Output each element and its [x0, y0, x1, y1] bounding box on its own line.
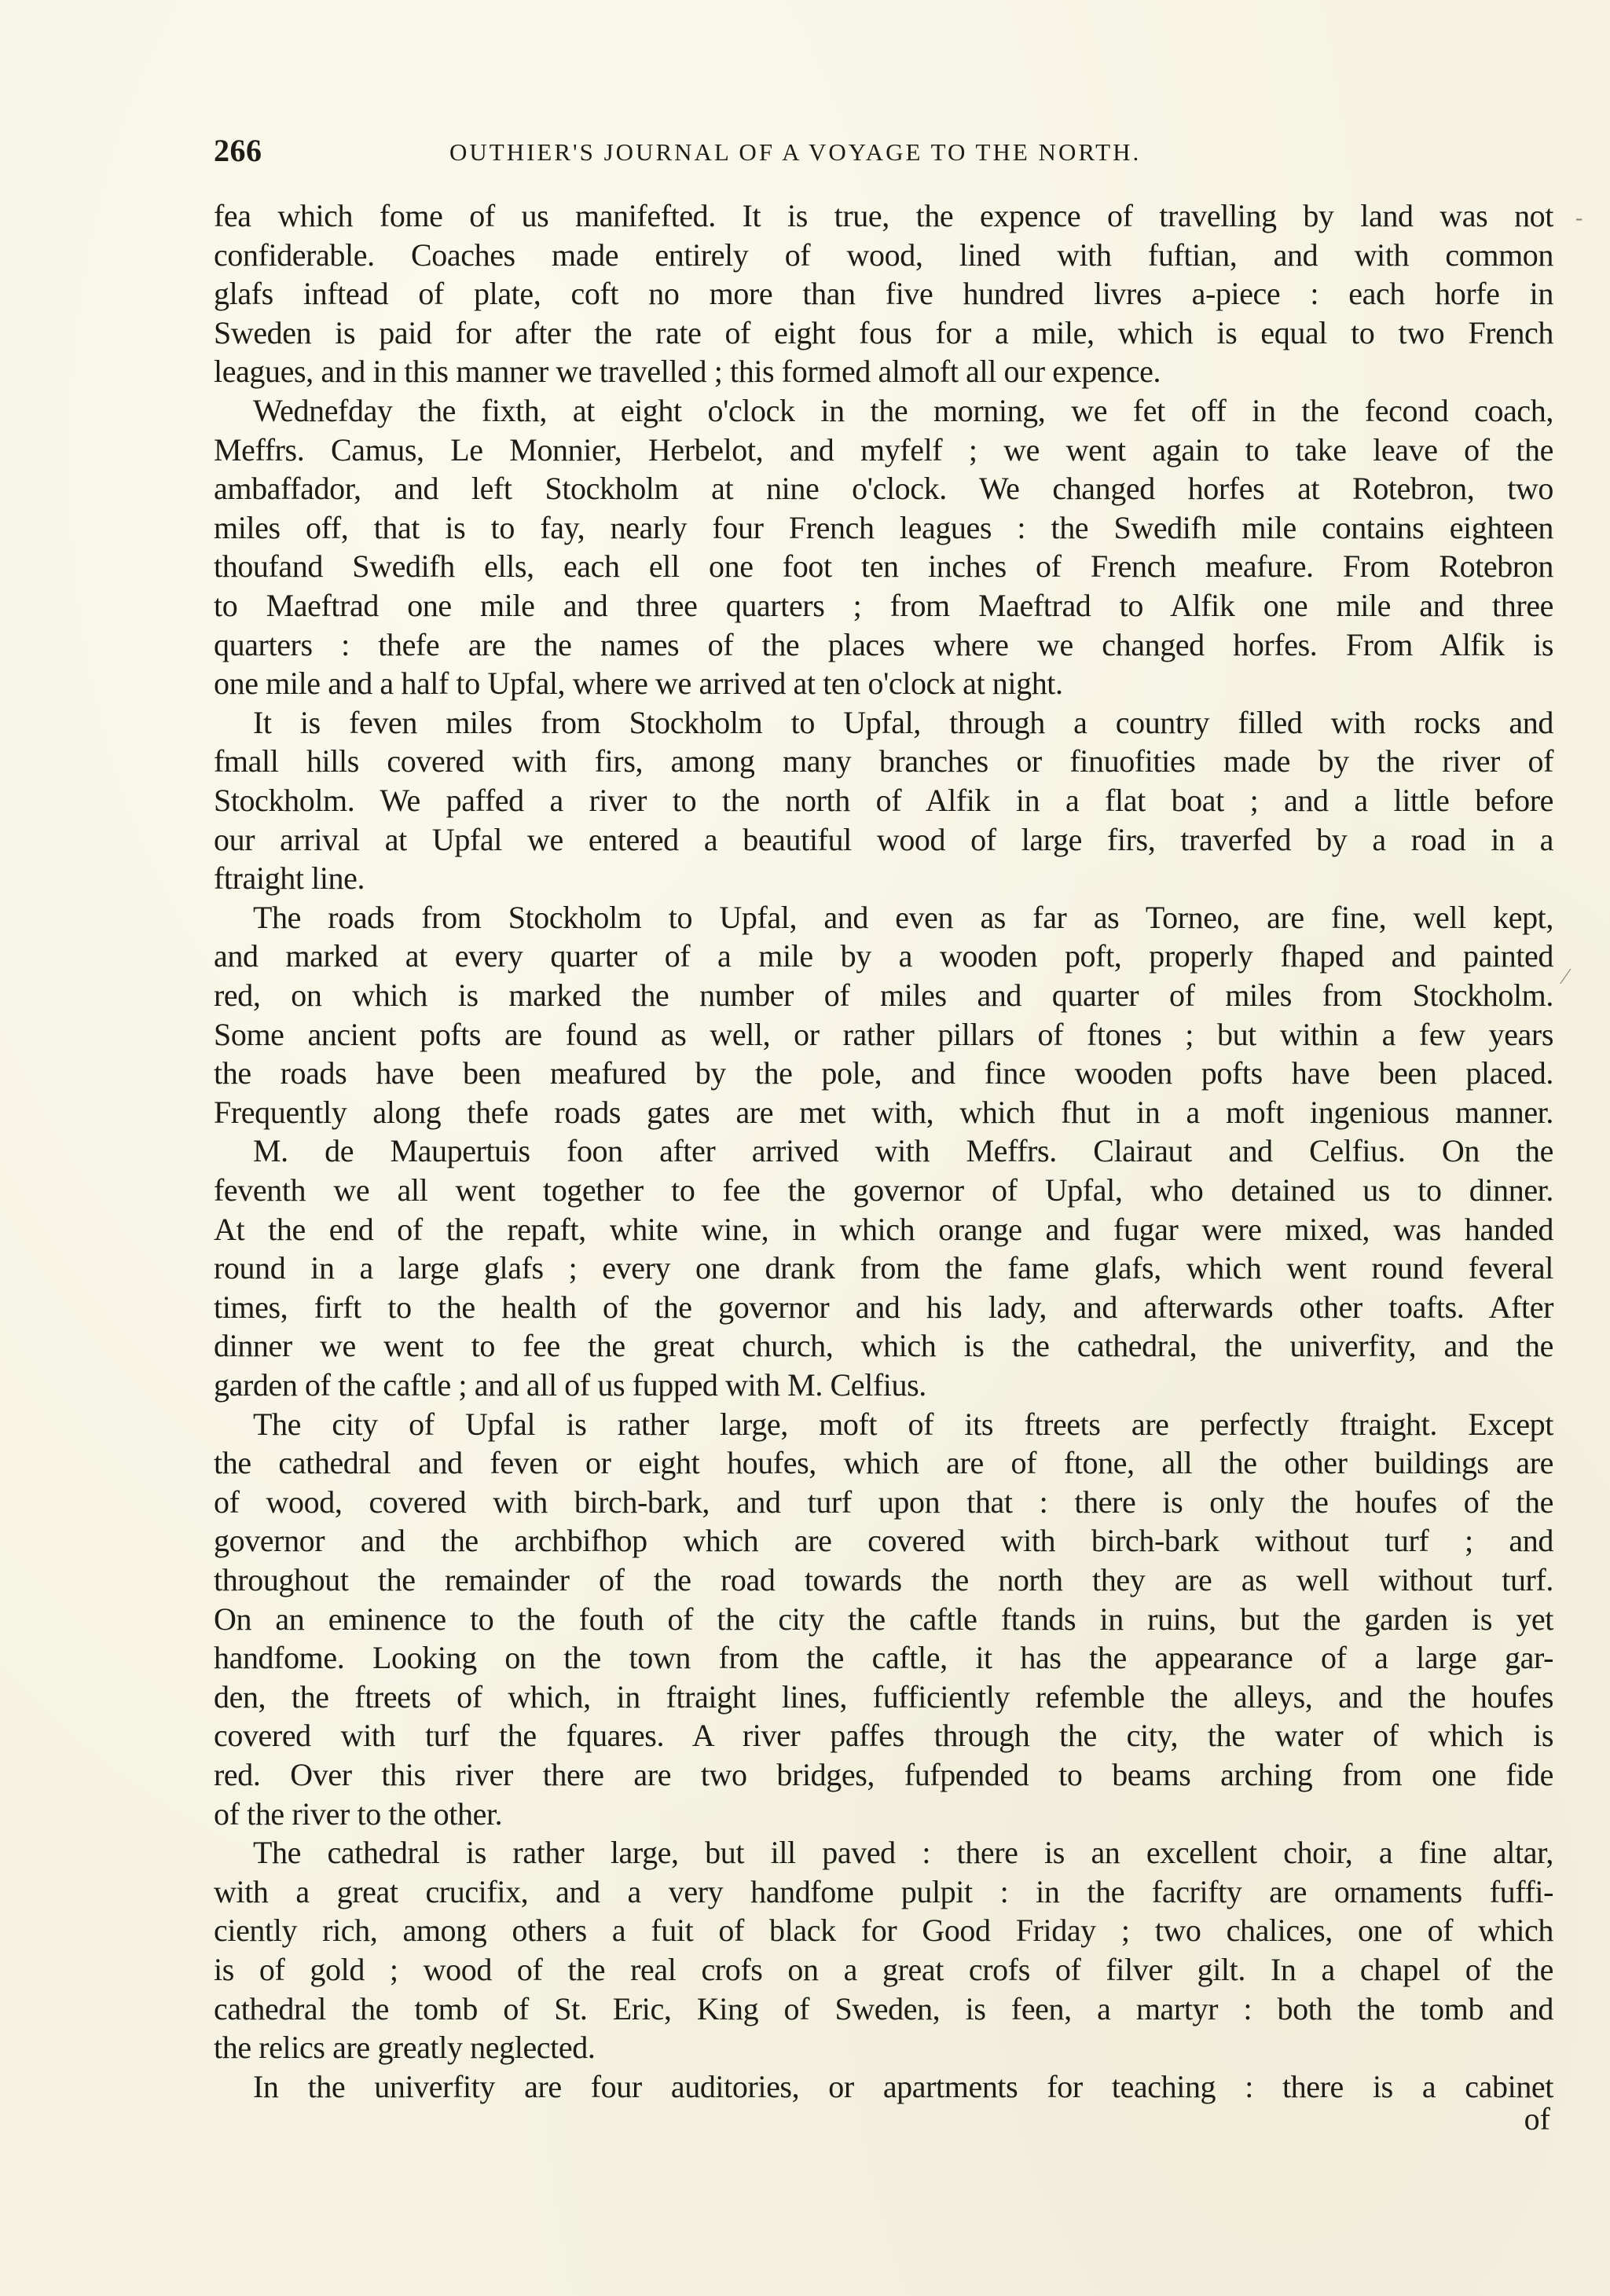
- margin-dash-mark: -: [1575, 206, 1582, 231]
- text-line: fea which fome of us manifefted. It is t…: [214, 196, 1553, 236]
- text-line: At the end of the repaft, white wine, in…: [214, 1210, 1553, 1249]
- text-line: dinner we went to fee the great church, …: [214, 1326, 1553, 1366]
- margin-stroke-mark: ⁄: [1564, 965, 1568, 990]
- paragraph-first-line: Wednefday the fixth, at eight o'clock in…: [253, 391, 1553, 431]
- running-head: 266 OUTHIER's JOURNAL OF A VOYAGE TO THE…: [214, 132, 1549, 171]
- text-line: den, the ftreets of which, in ftraight l…: [214, 1678, 1553, 1717]
- text-line: confiderable. Coaches made entirely of w…: [214, 236, 1553, 275]
- text-line: one mile and a half to Upfal, where we a…: [214, 664, 1553, 703]
- text-line: governor and the archbifhop which are co…: [214, 1521, 1553, 1561]
- book-page: 266 OUTHIER's JOURNAL OF A VOYAGE TO THE…: [0, 0, 1610, 2296]
- paragraph-first-line: In the univerfity are four auditories, o…: [253, 2067, 1553, 2107]
- text-line: round in a large glafs ; every one drank…: [214, 1249, 1553, 1288]
- text-line: Meffrs. Camus, Le Monnier, Herbelot, and…: [214, 431, 1553, 470]
- text-line: ambaffador, and left Stockholm at nine o…: [214, 469, 1553, 508]
- text-line: Sweden is paid for after the rate of eig…: [214, 314, 1553, 353]
- text-line: the relics are greatly neglected.: [214, 2028, 1553, 2067]
- text-line: with a great crucifix, and a very handfo…: [214, 1872, 1553, 1912]
- text-line: glafs inftead of plate, coft no more tha…: [214, 274, 1553, 314]
- text-line: handfome. Looking on the town from the c…: [214, 1638, 1553, 1678]
- text-line: red, on which is marked the number of mi…: [214, 976, 1553, 1015]
- text-line: ftraight line.: [214, 859, 1553, 898]
- text-line: the roads have been meafured by the pole…: [214, 1054, 1553, 1093]
- catchword: of: [1524, 2100, 1550, 2139]
- page-number: 266: [214, 132, 262, 169]
- text-line: to Maeftrad one mile and three quarters …: [214, 586, 1553, 625]
- text-line: ciently rich, among others a fuit of bla…: [214, 1911, 1553, 1950]
- text-line: of wood, covered with birch-bark, and tu…: [214, 1483, 1553, 1522]
- text-line: Frequently along thefe roads gates are m…: [214, 1093, 1553, 1132]
- paragraph-first-line: The roads from Stockholm to Upfal, and e…: [253, 898, 1553, 937]
- text-line: Stockholm. We paffed a river to the nort…: [214, 781, 1553, 820]
- paragraph-first-line: It is feven miles from Stockholm to Upfa…: [253, 703, 1553, 743]
- text-line: thoufand Swedifh ells, each ell one foot…: [214, 547, 1553, 586]
- text-line: quarters : thefe are the names of the pl…: [214, 625, 1553, 665]
- text-line: the cathedral and feven or eight houfes,…: [214, 1443, 1553, 1483]
- paragraph-first-line: The city of Upfal is rather large, moft …: [253, 1405, 1553, 1444]
- text-line: red. Over this river there are two bridg…: [214, 1755, 1553, 1795]
- text-line: is of gold ; wood of the real crofs on a…: [214, 1950, 1553, 1990]
- text-line: times, firft to the health of the govern…: [214, 1288, 1553, 1327]
- text-line: cathedral the tomb of St. Eric, King of …: [214, 1990, 1553, 2029]
- text-line: Some ancient pofts are found as well, or…: [214, 1015, 1553, 1054]
- paragraph-first-line: M. de Maupertuis foon after arrived with…: [253, 1131, 1553, 1171]
- text-line: garden of the caftle ; and all of us fup…: [214, 1366, 1553, 1405]
- text-line: throughout the remainder of the road tow…: [214, 1561, 1553, 1600]
- running-title: OUTHIER's JOURNAL OF A VOYAGE TO THE NOR…: [449, 138, 1141, 167]
- text-line: feventh we all went together to fee the …: [214, 1171, 1553, 1210]
- text-line: covered with turf the fquares. A river p…: [214, 1716, 1553, 1755]
- text-line: of the river to the other.: [214, 1795, 1553, 1834]
- text-line: On an eminence to the fouth of the city …: [214, 1600, 1553, 1639]
- text-line: our arrival at Upfal we entered a beauti…: [214, 820, 1553, 860]
- text-line: fmall hills covered with firs, among man…: [214, 742, 1553, 781]
- text-line: and marked at every quarter of a mile by…: [214, 937, 1553, 976]
- text-line: miles off, that is to fay, nearly four F…: [214, 508, 1553, 548]
- paragraph-first-line: The cathedral is rather large, but ill p…: [253, 1833, 1553, 1872]
- text-line: leagues, and in this manner we travelled…: [214, 352, 1553, 391]
